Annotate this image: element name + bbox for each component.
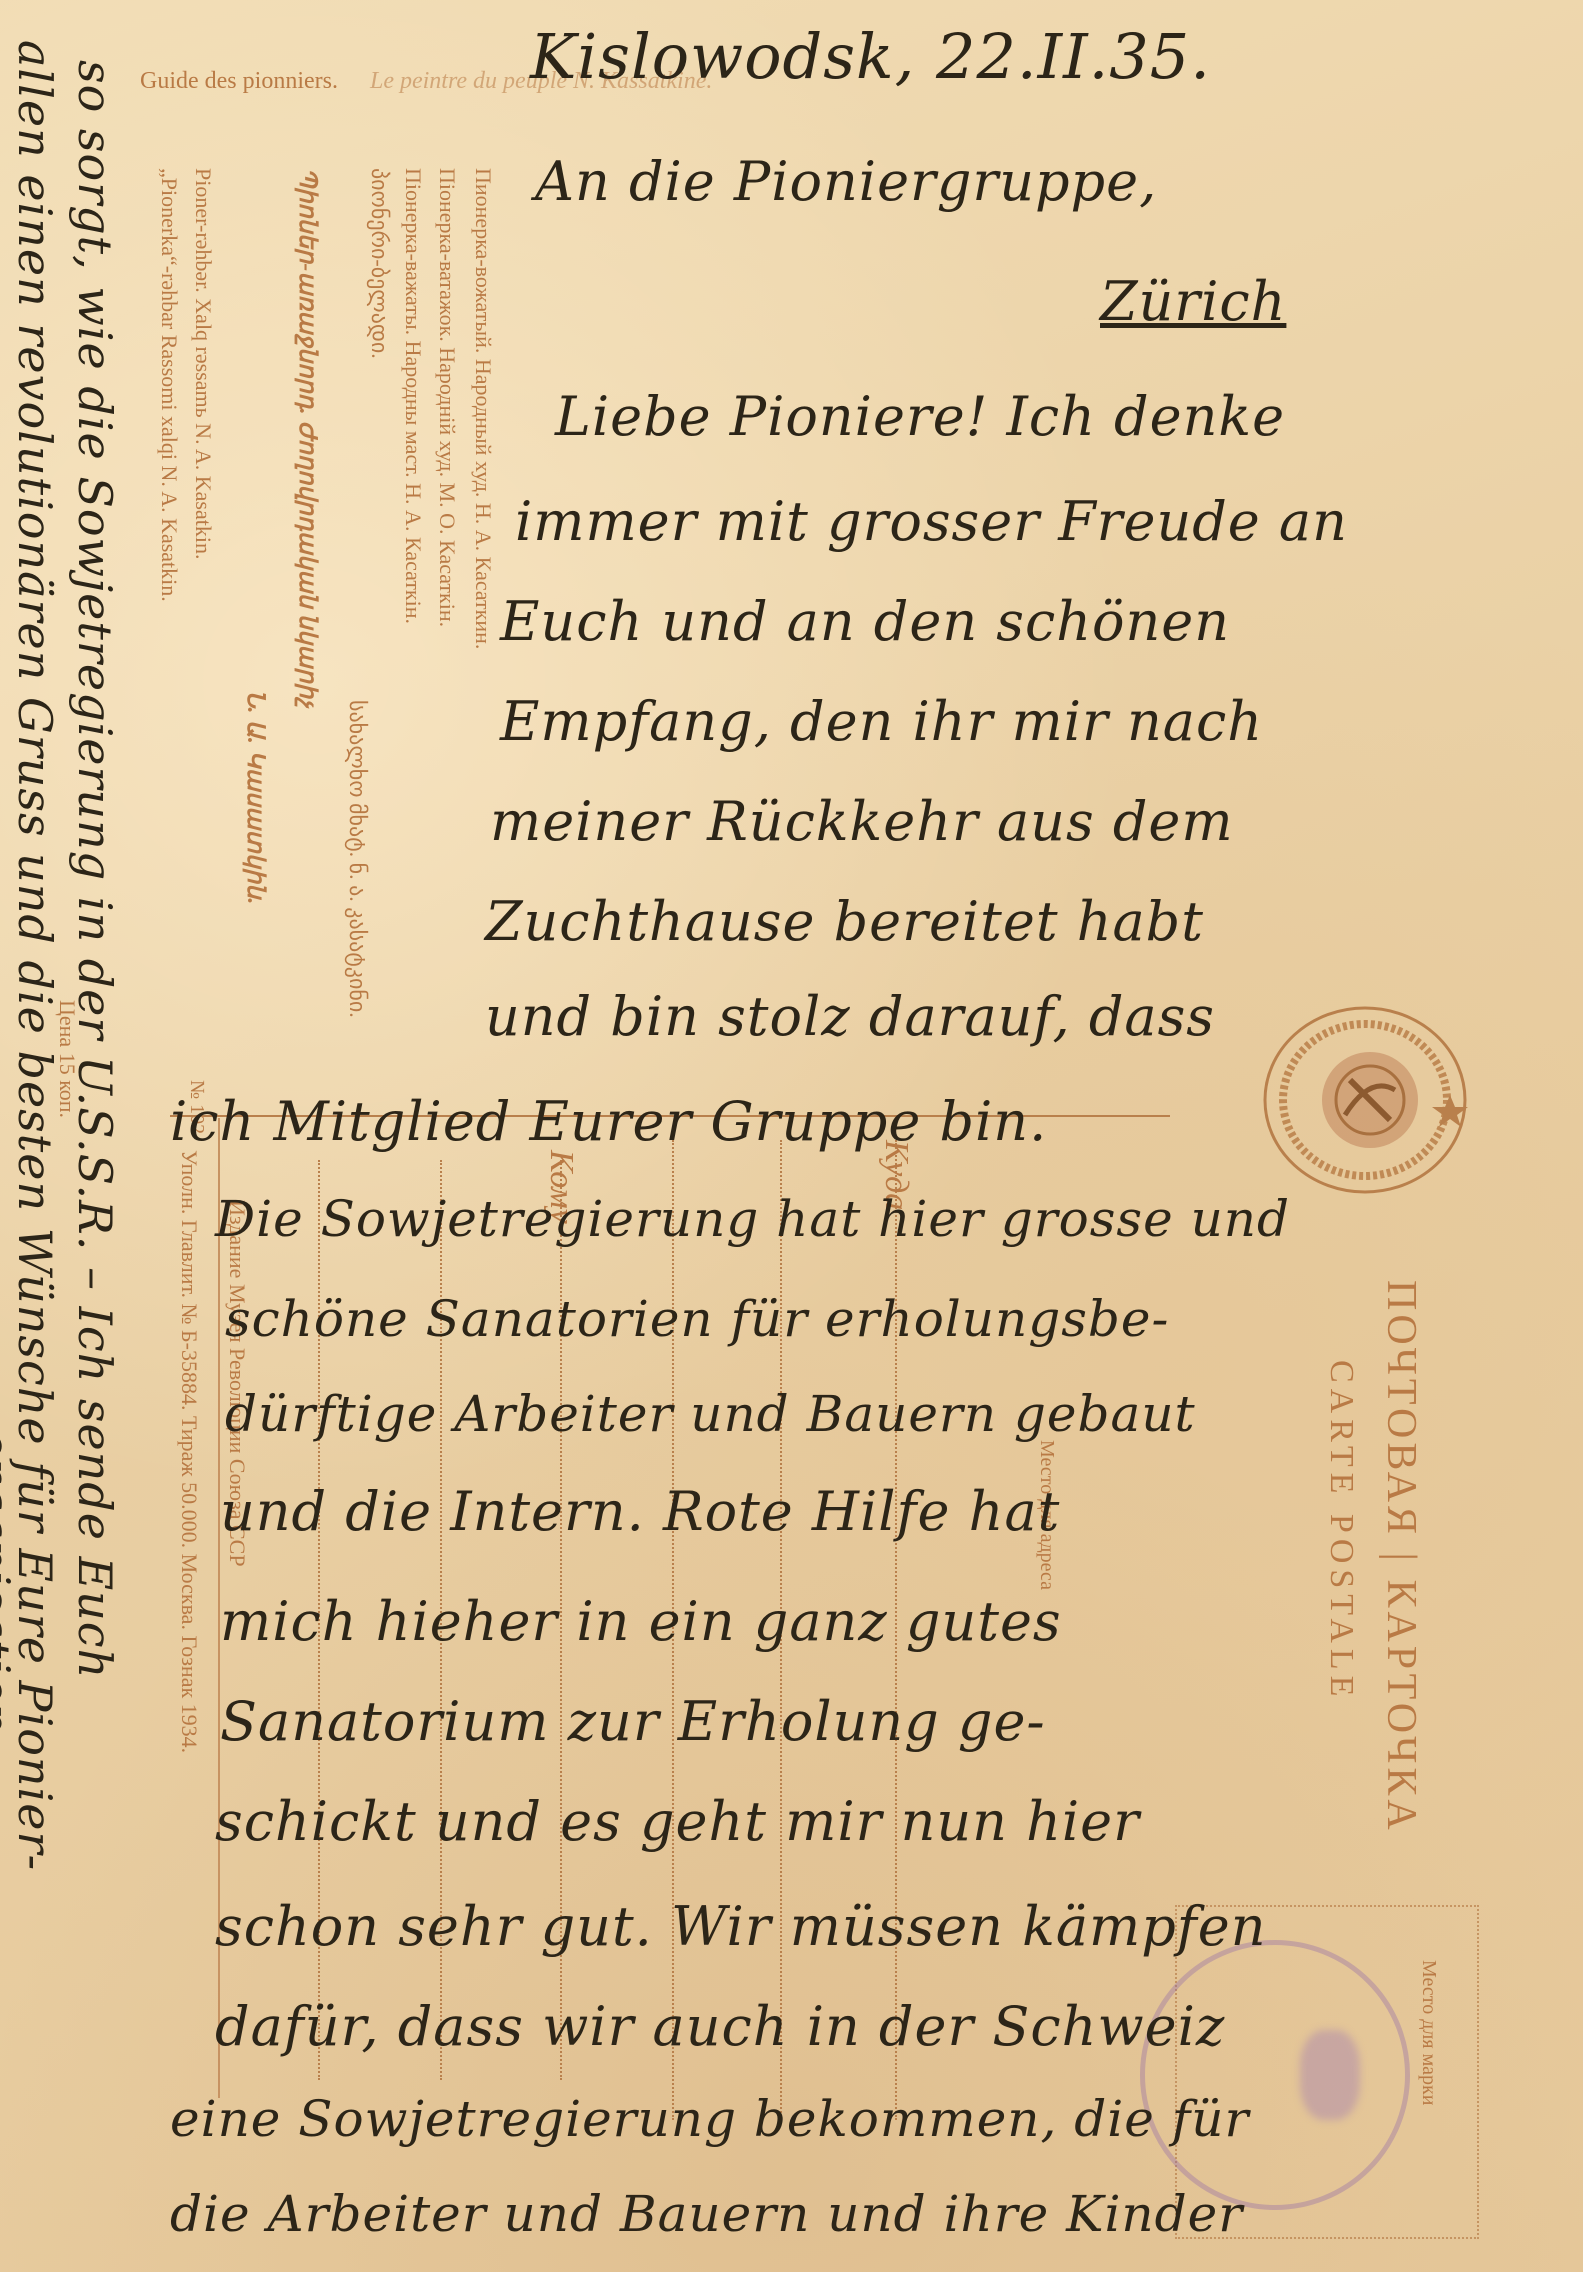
- letter-line: schickt und es geht mir nun hier: [215, 1790, 1140, 1853]
- letter-line: Sanatorium zur Erholung ge-: [220, 1690, 1046, 1753]
- letter-line: dürftige Arbeiter und Bauern gebaut: [225, 1385, 1196, 1443]
- letter-line: und bin stolz darauf, dass: [485, 985, 1215, 1048]
- caption-belarusian: Піонерка-важаты. Народны маст. Н. А. Кас…: [398, 168, 428, 624]
- french-title: Guide des pionniers.: [140, 68, 338, 94]
- letter-line: immer mit grosser Freude an: [515, 490, 1348, 553]
- label-stamp-place: Место для марки: [1417, 1960, 1440, 2105]
- letter-line: Empfang, den ihr mir nach: [500, 690, 1263, 753]
- letter-line: Die Sowjetregierung hat hier grosse und: [215, 1190, 1290, 1248]
- caption-tatar: „Pionerka“-rəhbar Rassomi xalqi N. A. Ka…: [154, 168, 184, 602]
- ussr-coat-of-arms-icon: [1250, 995, 1480, 1205]
- margin-line: organisation: [0, 1430, 20, 1734]
- handwritten-place-date: Kislowodsk, 22.II.35.: [530, 20, 1211, 93]
- postmark-circle-icon: [1140, 1940, 1410, 2210]
- caption-armenian-artist: Ն. Ա. Կասատկին.: [240, 690, 270, 904]
- card-title-french: CARTE POSTALE: [1322, 1360, 1360, 1702]
- card-title-russian: ПОЧТОВАЯ | КАРТОЧКА: [1377, 1280, 1425, 1834]
- letter-line: Zuchthause bereitet habt: [485, 890, 1204, 953]
- postmark-ink-blot: [1300, 2030, 1360, 2120]
- letter-line: schon sehr gut. Wir müssen kämpfen: [215, 1895, 1267, 1958]
- handwritten-city: Zürich: [1100, 270, 1286, 333]
- caption-ukrainian: Піонерка-ватажок. Народній худ. М. О. Ка…: [432, 168, 462, 627]
- caption-georgian-artist: სახალხო მხატ. ნ. ა. კასატკინი.: [342, 700, 372, 1018]
- letter-line: schöne Sanatorien für erholungsbe-: [225, 1290, 1169, 1348]
- handwritten-salutation: Liebe Pioniere! Ich denke: [555, 385, 1285, 448]
- letter-line: und die Intern. Rote Hilfe hat: [220, 1480, 1060, 1543]
- handwritten-recipient: An die Pioniergruppe,: [535, 150, 1157, 213]
- letter-line: Euch und an den schönen: [500, 590, 1230, 653]
- letter-line: dafür, dass wir auch in der Schweiz: [215, 1995, 1225, 2058]
- letter-line: meiner Rückkehr aus dem: [490, 790, 1234, 853]
- caption-russian: Пионерка-вожатый. Народный худ. Н. А. Ка…: [468, 168, 498, 649]
- letter-line: die Arbeiter und Bauern und ihre Kinder: [170, 2185, 1243, 2243]
- margin-line: so sorgt, wie die Sowjetregierung in der…: [68, 60, 122, 1679]
- letter-line: mich hieher in ein ganz gutes: [220, 1590, 1062, 1653]
- letter-line: eine Sowjetregierung bekommen, die für: [170, 2090, 1249, 2148]
- letter-line: ich Mitglied Eurer Gruppe bin.: [170, 1090, 1047, 1153]
- caption-azerbaijani: Pioner-rəhbər. Xalq rəssamь N. A. Kasatk…: [188, 168, 218, 559]
- print-info-label: Уполн. Главлит. № Б-35884. Тираж 50.000.…: [174, 1150, 204, 1753]
- caption-armenian: Պիոներ-առաջնորդ. Ժողովրդական նկարիչ: [292, 168, 322, 708]
- caption-georgian: პიონერი-ბელადი.: [364, 168, 394, 359]
